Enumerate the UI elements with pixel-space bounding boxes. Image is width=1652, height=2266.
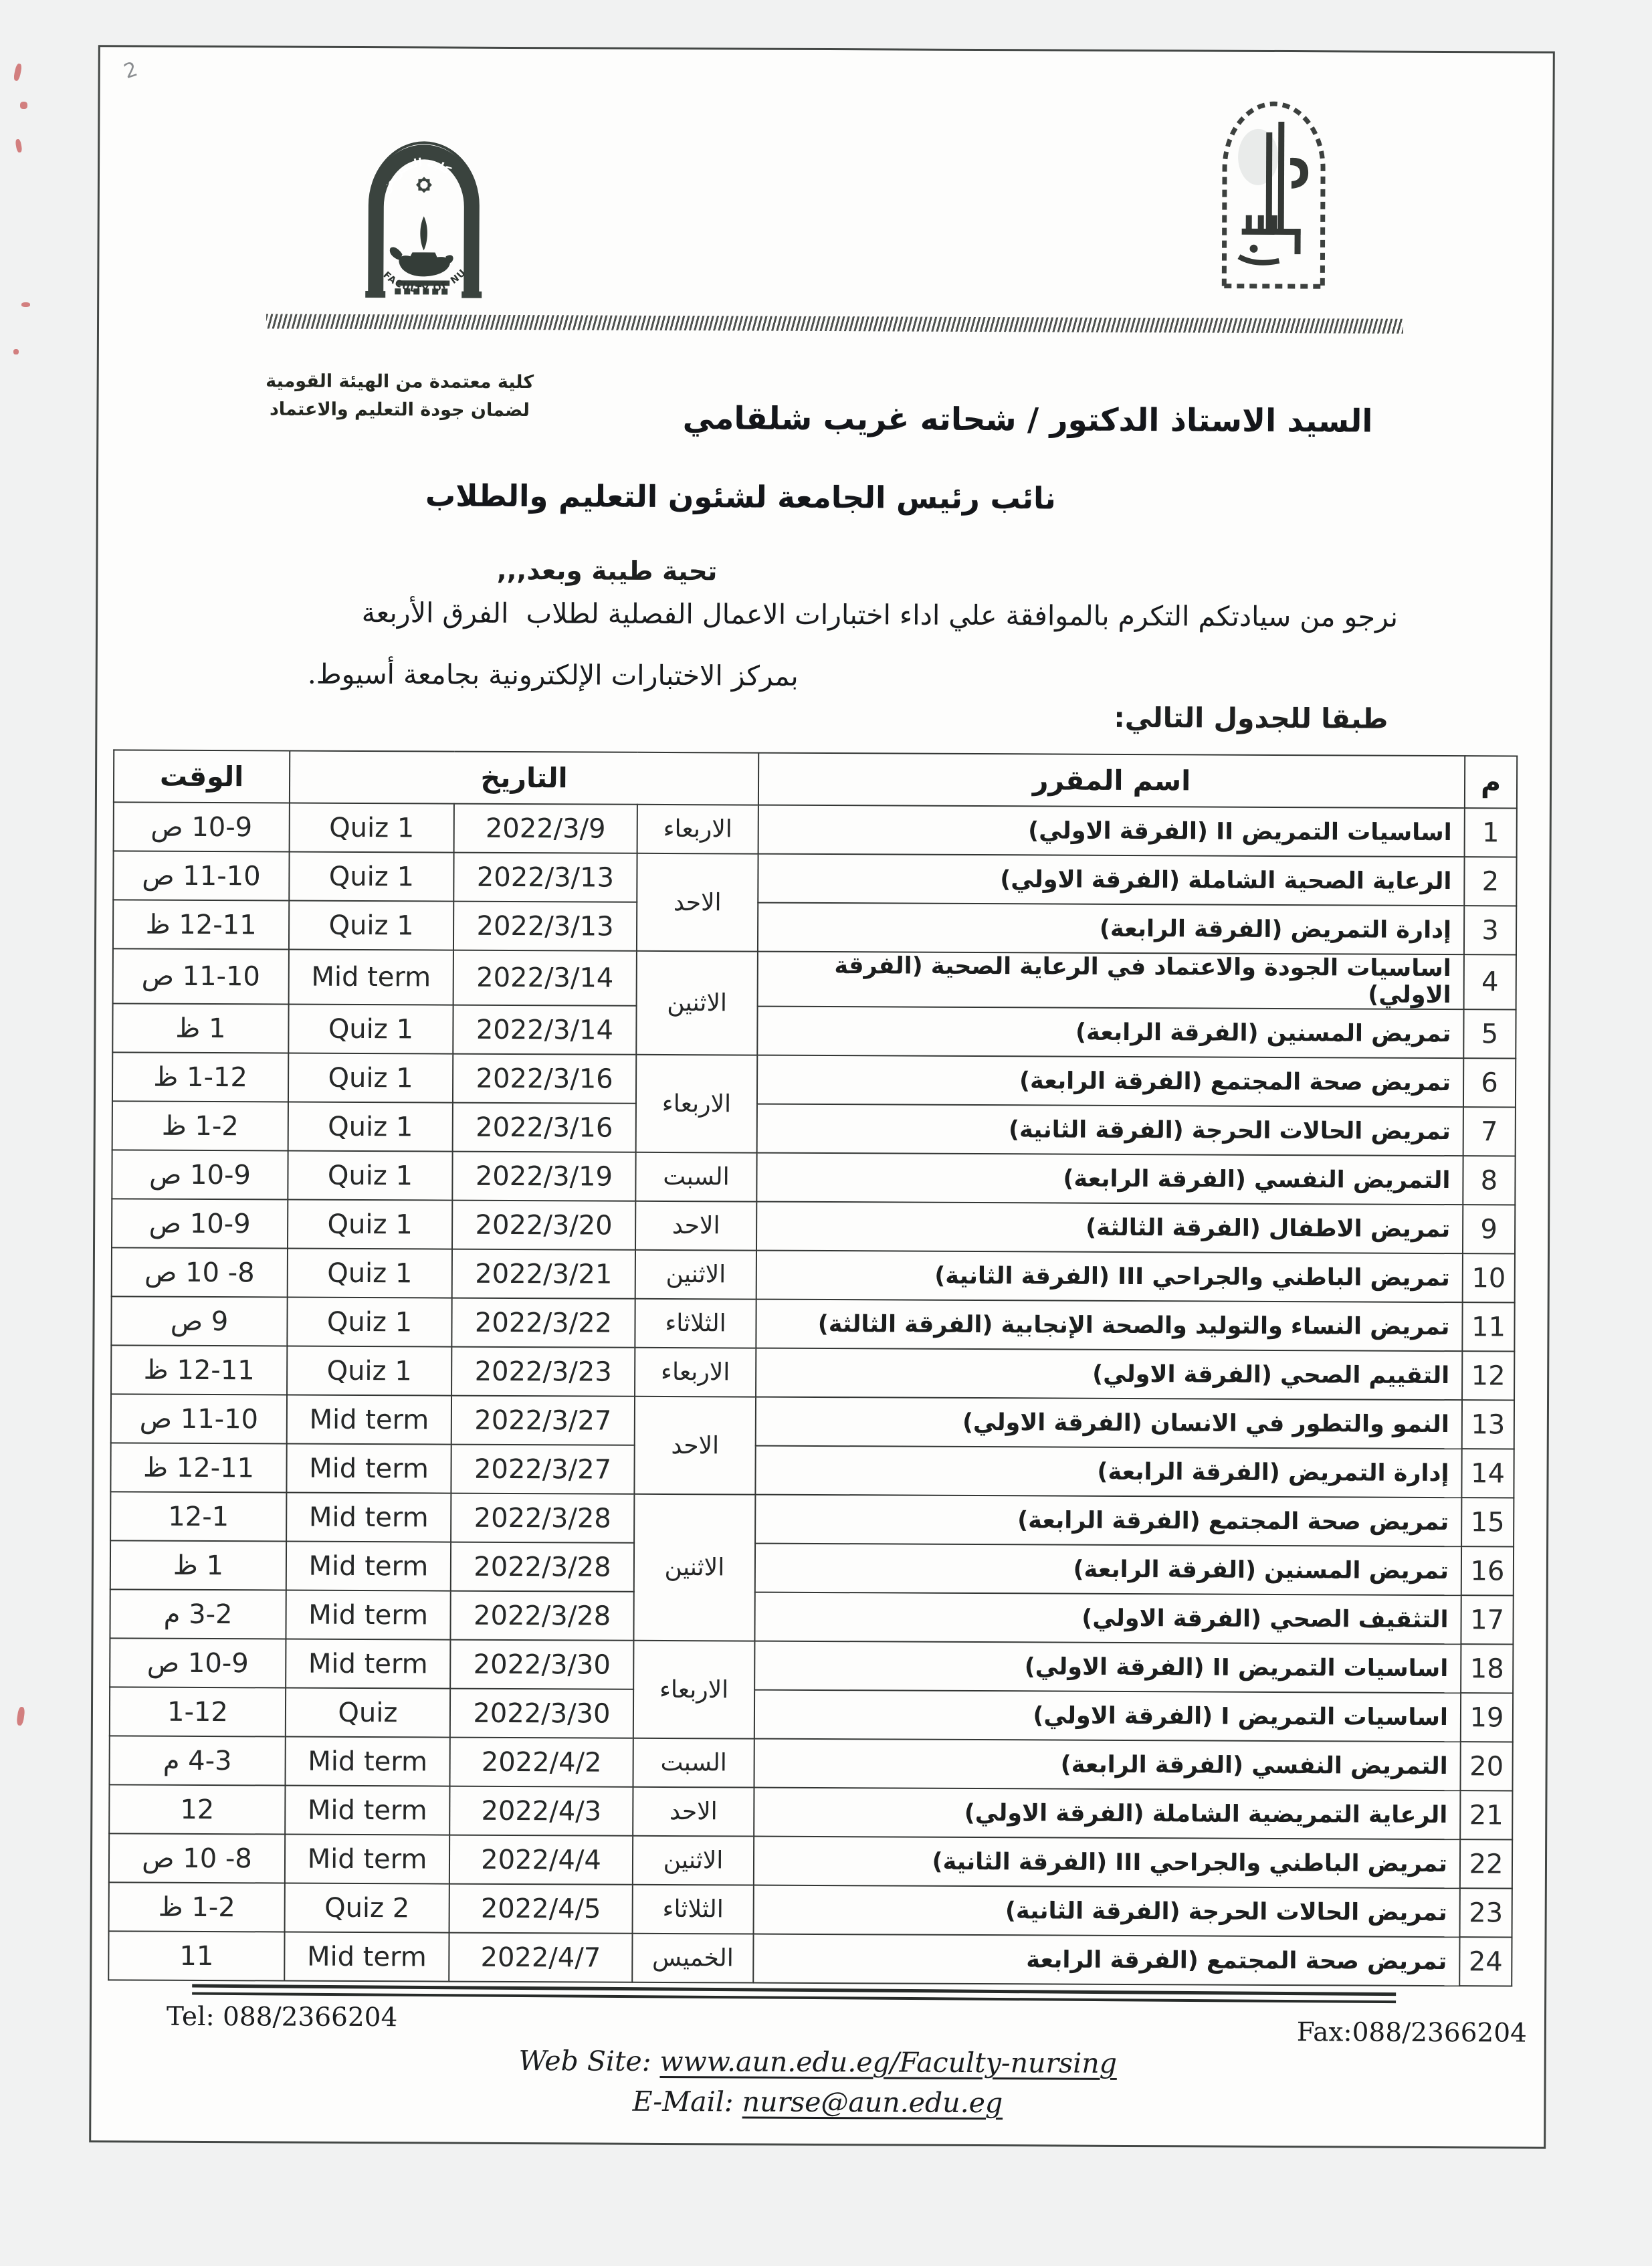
row-number-cell: 20 bbox=[1460, 1742, 1512, 1790]
exam-type-cell: Quiz 1 bbox=[287, 1346, 451, 1396]
course-name-cell: تمريض المسنين (الفرقة الرابعة) bbox=[757, 1007, 1463, 1059]
accreditation-line-2: لضمان جودة التعليم والاعتماد bbox=[270, 399, 530, 421]
time-cell: ص 11-10 bbox=[113, 948, 289, 1004]
scan-speck bbox=[15, 138, 22, 152]
table-row: 4اساسيات الجودة والاعتماد في الرعاية الص… bbox=[113, 948, 1516, 1009]
time-cell: م 4-3 bbox=[110, 1736, 286, 1785]
row-number-cell: 16 bbox=[1461, 1546, 1514, 1595]
exam-type-cell: Quiz 1 bbox=[290, 803, 454, 853]
time-cell: ص 10 -8 bbox=[112, 1247, 288, 1297]
exam-type-cell: Quiz 1 bbox=[287, 1298, 451, 1347]
course-name-cell: تمريض الباطني والجراحي III (الفرقة الثان… bbox=[754, 1837, 1460, 1889]
footer-double-rule bbox=[192, 1984, 1396, 2004]
course-name-cell: اساسيات التمريض I (الفرقة الاولي) bbox=[754, 1690, 1461, 1742]
schedule-table-body: 1اساسيات التمريض II (الفرقة الاولي)الارب… bbox=[108, 802, 1517, 1986]
fax-number: Fax:088/2366204 bbox=[1297, 2017, 1527, 2049]
exam-type-cell: Mid term bbox=[286, 1639, 450, 1689]
exam-type-cell: Quiz 1 bbox=[288, 1249, 452, 1298]
table-row: 20التمريض النفسي (الفرقة الرابعة)السبت20… bbox=[110, 1736, 1513, 1790]
scanned-letter: { "letterhead": { "faculty_logo_top_text… bbox=[0, 0, 1652, 2266]
accreditation-line-1: كلية معتمدة من الهيئة القومية bbox=[266, 371, 534, 393]
day-cell: الاربعاء bbox=[635, 1348, 756, 1397]
course-name-cell: التقييم الصحي (الفرقة الاولي) bbox=[756, 1348, 1462, 1401]
time-cell: ظ 1-2 bbox=[112, 1101, 288, 1150]
row-number-cell: 12 bbox=[1462, 1351, 1514, 1400]
time-cell: ص 11-10 bbox=[111, 1394, 287, 1443]
date-cell: 2022/4/3 bbox=[449, 1786, 633, 1836]
date-cell: 2022/3/13 bbox=[453, 853, 637, 902]
exam-type-cell: Mid term bbox=[286, 1542, 451, 1591]
exam-type-cell: Mid term bbox=[285, 1835, 449, 1884]
exam-type-cell: Quiz 1 bbox=[288, 1102, 453, 1152]
exam-type-cell: Quiz 1 bbox=[289, 852, 453, 902]
table-row: 16تمريض المسنين (الفرقة الرابعة)2022/3/2… bbox=[110, 1540, 1514, 1595]
email-label: E-Mail: bbox=[633, 2085, 742, 2118]
course-name-cell: الرعاية الصحية الشاملة (الفرقة الاولي) bbox=[758, 854, 1464, 906]
course-name-cell: تمريض صحة المجتمع (الفرقة الرابعة) bbox=[757, 1055, 1463, 1108]
table-row: 21الرعاية التمريضية الشاملة (الفرقة الاو… bbox=[109, 1784, 1512, 1839]
row-number-cell: 2 bbox=[1464, 857, 1516, 906]
row-number-cell: 18 bbox=[1461, 1644, 1513, 1693]
time-cell: ظ 12-11 bbox=[110, 1443, 286, 1492]
course-name-cell: التثقيف الصحي (الفرقة الاولي) bbox=[754, 1592, 1461, 1645]
exam-type-cell: Quiz 1 bbox=[288, 1200, 452, 1249]
course-name-cell: التمريض النفسي (الفرقة الرابعة) bbox=[754, 1739, 1460, 1791]
day-cell: الثلاثاء bbox=[635, 1299, 756, 1348]
exam-type-cell: Quiz bbox=[286, 1688, 450, 1738]
exam-type-cell: Mid term bbox=[284, 1932, 449, 1982]
time-cell: ظ 1 bbox=[112, 1003, 288, 1053]
date-cell: 2022/3/16 bbox=[453, 1103, 636, 1152]
date-cell: 2022/3/30 bbox=[450, 1689, 633, 1738]
row-number-cell: 19 bbox=[1461, 1693, 1513, 1742]
table-row: 12التقييم الصحي (الفرقة الاولي)الاربعاء2… bbox=[111, 1345, 1514, 1400]
header-time: الوقت bbox=[114, 750, 290, 803]
website-label: Web Site: bbox=[518, 2045, 659, 2077]
date-cell: 2022/4/2 bbox=[449, 1738, 633, 1787]
course-name-cell: تمريض النساء والتوليد والصحة الإنجابية (… bbox=[756, 1300, 1462, 1352]
header-number: م bbox=[1465, 756, 1517, 808]
course-name-cell: اساسيات التمريض II (الفرقة الاولي) bbox=[754, 1641, 1461, 1693]
day-cell: الاثنين bbox=[633, 1494, 755, 1641]
course-name-cell: تمريض المسنين (الفرقة الرابعة) bbox=[755, 1544, 1461, 1596]
time-cell: 12 bbox=[109, 1784, 285, 1834]
date-cell: 2022/4/7 bbox=[449, 1933, 632, 1982]
day-cell: الاحد bbox=[637, 853, 758, 952]
time-cell: ظ 1-12 bbox=[112, 1052, 288, 1102]
table-row: 5تمريض المسنين (الفرقة الرابعة)2022/3/14… bbox=[112, 1003, 1516, 1058]
course-name-cell: إدارة التمريض (الفرقة الرابعة) bbox=[755, 1446, 1461, 1498]
date-cell: 2022/3/28 bbox=[451, 1542, 634, 1592]
course-name-cell: تمريض الباطني والجراحي III (الفرقة الثان… bbox=[756, 1251, 1463, 1303]
table-row: 11تمريض النساء والتوليد والصحة الإنجابية… bbox=[111, 1296, 1514, 1351]
table-row: 23تمريض الحالات الحرجة (الفرقة الثانية)ا… bbox=[109, 1882, 1512, 1937]
scan-speck bbox=[20, 102, 27, 109]
exam-type-cell: Quiz 1 bbox=[288, 1151, 452, 1201]
time-cell: ص 10-9 bbox=[112, 1199, 288, 1248]
scan-speck bbox=[21, 302, 30, 307]
scan-speck bbox=[13, 63, 22, 81]
time-cell: 12-1 bbox=[110, 1491, 286, 1541]
exam-type-cell: Mid term bbox=[286, 1493, 451, 1542]
time-cell: ص 10 -8 bbox=[109, 1833, 285, 1883]
date-cell: 2022/3/27 bbox=[451, 1396, 635, 1445]
table-row: 13النمو والتطور في الانسان (الفرقة الاول… bbox=[111, 1394, 1514, 1449]
time-cell: ص 10-9 bbox=[112, 1150, 288, 1199]
email-address: nurse@aun.edu.eg bbox=[742, 2085, 1003, 2119]
exam-type-cell: Mid term bbox=[286, 1737, 450, 1786]
header-course-name: اسم المقرر bbox=[758, 753, 1465, 809]
date-cell: 2022/3/28 bbox=[451, 1493, 634, 1543]
date-cell: 2022/4/5 bbox=[449, 1884, 633, 1934]
day-cell: الاثنين bbox=[633, 1836, 754, 1885]
table-row: 3إدارة التمريض (الفرقة الرابعة)2022/3/13… bbox=[113, 900, 1516, 954]
scan-speck bbox=[13, 349, 19, 354]
university-logo-text: جامعة أسيوط bbox=[1273, 275, 1273, 276]
table-row: 18اساسيات التمريض II (الفرقة الاولي)الار… bbox=[110, 1638, 1513, 1693]
course-name-cell: النمو والتطور في الانسان (الفرقة الاولي) bbox=[756, 1397, 1462, 1449]
table-intro-line: طبقا للجدول التالي: bbox=[1114, 702, 1388, 735]
date-cell: 2022/4/4 bbox=[449, 1835, 633, 1885]
row-number-cell: 14 bbox=[1461, 1449, 1514, 1498]
table-row: 1اساسيات التمريض II (الفرقة الاولي)الارب… bbox=[114, 802, 1517, 857]
scan-speck bbox=[16, 1706, 25, 1726]
body-line-1: نرجو من سيادتكم التكرم بالموافقة علي ادا… bbox=[362, 597, 1399, 633]
row-number-cell: 13 bbox=[1462, 1400, 1514, 1449]
telephone-number: Tel: 088/2366204 bbox=[167, 2002, 398, 2033]
time-cell: ظ 1-2 bbox=[109, 1882, 285, 1932]
course-name-cell: تمريض الحالات الحرجة (الفرقة الثانية) bbox=[754, 1885, 1460, 1938]
date-cell: 2022/3/16 bbox=[453, 1054, 636, 1104]
row-number-cell: 6 bbox=[1463, 1058, 1516, 1107]
date-cell: 2022/3/9 bbox=[454, 804, 637, 853]
table-row: 6تمريض صحة المجتمع (الفرقة الرابعة)الارب… bbox=[112, 1052, 1516, 1107]
row-number-cell: 9 bbox=[1463, 1205, 1515, 1253]
day-cell: السبت bbox=[633, 1738, 754, 1788]
row-number-cell: 23 bbox=[1460, 1888, 1512, 1937]
website-line: Web Site: www.aun.edu.eg/Faculty-nursing bbox=[92, 2043, 1544, 2081]
course-name-cell: تمريض الحالات الحرجة (الفرقة الثانية) bbox=[757, 1104, 1463, 1156]
row-number-cell: 11 bbox=[1462, 1302, 1514, 1351]
course-name-cell: تمريض الاطفال (الفرقة الثالثة) bbox=[756, 1202, 1463, 1254]
exam-type-cell: Mid term bbox=[286, 1444, 451, 1493]
exam-type-cell: Mid term bbox=[289, 950, 453, 1005]
day-cell: الاثنين bbox=[636, 951, 758, 1055]
row-number-cell: 17 bbox=[1461, 1595, 1513, 1644]
row-number-cell: 5 bbox=[1463, 1009, 1516, 1058]
time-cell: 11 bbox=[108, 1931, 284, 1980]
table-row: 19اساسيات التمريض I (الفرقة الاولي)2022/… bbox=[110, 1687, 1513, 1742]
ornament-icon bbox=[417, 178, 431, 191]
day-cell: الثلاثاء bbox=[633, 1885, 754, 1934]
date-cell: 2022/3/20 bbox=[452, 1201, 635, 1250]
time-cell: ص 10-9 bbox=[114, 802, 290, 851]
date-cell: 2022/3/27 bbox=[451, 1445, 634, 1494]
exam-type-cell: Mid term bbox=[286, 1590, 450, 1640]
body-line-2: بمركز الاختبارات الإلكترونية بجامعة أسيو… bbox=[308, 658, 799, 692]
time-cell: ظ 1 bbox=[110, 1540, 286, 1590]
date-cell: 2022/3/14 bbox=[453, 1005, 636, 1055]
date-cell: 2022/3/21 bbox=[452, 1249, 635, 1299]
row-number-cell: 24 bbox=[1459, 1937, 1512, 1986]
course-name-cell: التمريض النفسي (الفرقة الرابعة) bbox=[756, 1153, 1463, 1205]
course-name-cell: إدارة التمريض (الفرقة الرابعة) bbox=[758, 903, 1464, 955]
time-cell: ص 9 bbox=[111, 1296, 287, 1346]
day-cell: الاربعاء bbox=[637, 805, 758, 854]
hatched-divider bbox=[266, 314, 1403, 333]
course-name-cell: اساسيات التمريض II (الفرقة الاولي) bbox=[758, 805, 1465, 857]
table-row: 24تمريض صحة المجتمع (الفرقة الرابعةالخمي… bbox=[108, 1931, 1512, 1986]
exam-type-cell: Quiz 2 bbox=[285, 1883, 449, 1933]
exam-type-cell: Mid term bbox=[287, 1395, 451, 1445]
row-number-cell: 7 bbox=[1463, 1107, 1516, 1156]
row-number-cell: 10 bbox=[1463, 1253, 1515, 1302]
exam-type-cell: Mid term bbox=[285, 1786, 449, 1835]
date-cell: 2022/3/23 bbox=[451, 1347, 635, 1397]
day-cell: الاحد bbox=[634, 1397, 756, 1495]
table-row: 9تمريض الاطفال (الفرقة الثالثة)الاحد2022… bbox=[112, 1199, 1515, 1253]
time-cell: ظ 12-11 bbox=[113, 900, 289, 949]
exam-type-cell: Quiz 1 bbox=[288, 1053, 453, 1103]
accreditation-text: كلية معتمدة من الهيئة القوميةلضمان جودة … bbox=[239, 367, 560, 425]
date-cell: 2022/3/13 bbox=[453, 902, 637, 951]
day-cell: الاثنين bbox=[635, 1250, 756, 1300]
website-url: www.aun.edu.eg/Faculty-nursing bbox=[660, 2045, 1118, 2079]
time-cell: 1-12 bbox=[110, 1687, 286, 1736]
addressee-line: السيد الاستاذ الدكتور / شحاته غريب شلقام… bbox=[683, 400, 1373, 440]
course-name-cell: تمريض صحة المجتمع (الفرقة الرابعة) bbox=[755, 1495, 1461, 1547]
row-number-cell: 8 bbox=[1463, 1156, 1515, 1205]
row-number-cell: 15 bbox=[1461, 1498, 1514, 1546]
time-cell: ظ 12-11 bbox=[111, 1345, 287, 1395]
table-row: 15تمريض صحة المجتمع (الفرقة الرابعة)الاث… bbox=[110, 1491, 1514, 1546]
course-name-cell: اساسيات الجودة والاعتماد في الرعاية الصح… bbox=[758, 952, 1464, 1010]
day-cell: الاحد bbox=[635, 1201, 756, 1251]
exam-schedule-table: م اسم المقرر التاريخ الوقت 1اساسيات التم… bbox=[108, 749, 1518, 1986]
date-cell: 2022/3/28 bbox=[450, 1591, 633, 1641]
date-cell: 2022/3/19 bbox=[452, 1152, 635, 1201]
course-name-cell: الرعاية التمريضية الشاملة (الفرقة الاولي… bbox=[754, 1788, 1460, 1840]
table-row: 7تمريض الحالات الحرجة (الفرقة الثانية)20… bbox=[112, 1101, 1516, 1156]
faculty-of-nursing-logo-icon: كلية التمريض FACULTY OF NURSING bbox=[360, 118, 488, 320]
table-row: 14إدارة التمريض (الفرقة الرابعة)2022/3/2… bbox=[110, 1443, 1514, 1498]
time-cell: ص 11-10 bbox=[113, 851, 289, 900]
exam-type-cell: Quiz 1 bbox=[288, 1005, 453, 1054]
table-row: 8التمريض النفسي (الفرقة الرابعة)السبت202… bbox=[112, 1150, 1515, 1205]
course-name-cell: تمريض صحة المجتمع (الفرقة الرابعة bbox=[753, 1934, 1459, 1986]
row-number-cell: 4 bbox=[1464, 954, 1516, 1009]
table-row: 22تمريض الباطني والجراحي III (الفرقة الث… bbox=[109, 1833, 1512, 1888]
day-cell: الاحد bbox=[633, 1787, 754, 1837]
day-cell: السبت bbox=[635, 1152, 756, 1202]
assiut-university-logo-icon: جامعة أسيوط bbox=[1215, 94, 1332, 295]
date-cell: 2022/3/14 bbox=[453, 950, 637, 1006]
table-header-row: م اسم المقرر التاريخ الوقت bbox=[114, 750, 1517, 808]
addressee-title-line: نائب رئيس الجامعة لشئون التعليم والطلاب bbox=[425, 478, 1056, 516]
letter-page: كلية التمريض FACULTY OF NURSING bbox=[89, 45, 1555, 2148]
day-cell: الخميس bbox=[632, 1934, 753, 1983]
date-cell: 2022/3/22 bbox=[451, 1298, 635, 1348]
day-cell: الاربعاء bbox=[633, 1641, 755, 1739]
header-date-group: التاريخ bbox=[290, 751, 758, 805]
greeting-line: تحية طيبة وبعد,,, bbox=[497, 556, 718, 587]
table-row: 10تمريض الباطني والجراحي III (الفرقة الث… bbox=[112, 1247, 1515, 1302]
row-number-cell: 3 bbox=[1464, 906, 1516, 954]
day-cell: الاربعاء bbox=[636, 1055, 758, 1153]
table-row: 17التثقيف الصحي (الفرقة الاولي)2022/3/28… bbox=[110, 1589, 1513, 1644]
date-cell: 2022/3/30 bbox=[450, 1640, 633, 1689]
exam-type-cell: Quiz 1 bbox=[289, 901, 453, 950]
time-cell: م 3-2 bbox=[110, 1589, 286, 1639]
row-number-cell: 1 bbox=[1465, 808, 1517, 857]
time-cell: ص 10-9 bbox=[110, 1638, 286, 1687]
table-row: 2الرعاية الصحية الشاملة (الفرقة الاولي)ا… bbox=[113, 851, 1516, 906]
row-number-cell: 21 bbox=[1460, 1790, 1512, 1839]
email-line: E-Mail: nurse@aun.edu.eg bbox=[91, 2083, 1544, 2121]
row-number-cell: 22 bbox=[1460, 1839, 1512, 1888]
